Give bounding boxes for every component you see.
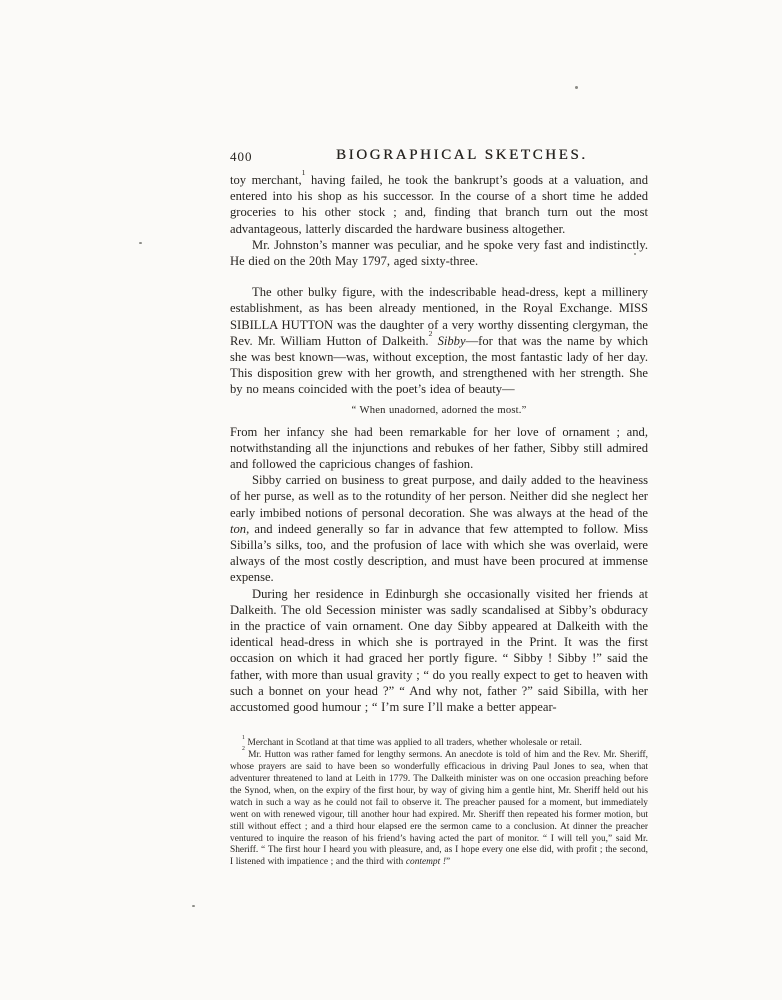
footnote-1: 1 Merchant in Scotland at that time was … [230, 738, 648, 750]
page-header: 400 BIOGRAPHICAL SKETCHES. [230, 147, 648, 167]
section-break [230, 269, 648, 284]
paragraph: The other bulky figure, with the indescr… [230, 284, 648, 397]
paragraph: During her residence in Edinburgh she oc… [230, 586, 648, 716]
paragraph: Sibby carried on business to great purpo… [230, 472, 648, 585]
scan-speck [192, 905, 195, 907]
paragraph: From her infancy she had been remarkable… [230, 424, 648, 473]
verse-quote: “ When unadorned, adorned the most.” [230, 404, 648, 417]
page-number: 400 [230, 149, 253, 165]
scan-speck [139, 242, 142, 244]
scan-speck [575, 86, 578, 89]
footnotes: 1 Merchant in Scotland at that time was … [230, 738, 648, 869]
running-title: BIOGRAPHICAL SKETCHES. [336, 147, 588, 164]
footnote-2: 2 Mr. Hutton was rather famed for length… [230, 750, 648, 869]
book-page: 400 BIOGRAPHICAL SKETCHES. toy merchant,… [0, 0, 782, 1000]
paragraph: Mr. Johnston’s manner was peculiar, and … [230, 237, 648, 269]
paragraph: toy merchant,1 having failed, he took th… [230, 172, 648, 237]
text-block: toy merchant,1 having failed, he took th… [230, 172, 648, 869]
